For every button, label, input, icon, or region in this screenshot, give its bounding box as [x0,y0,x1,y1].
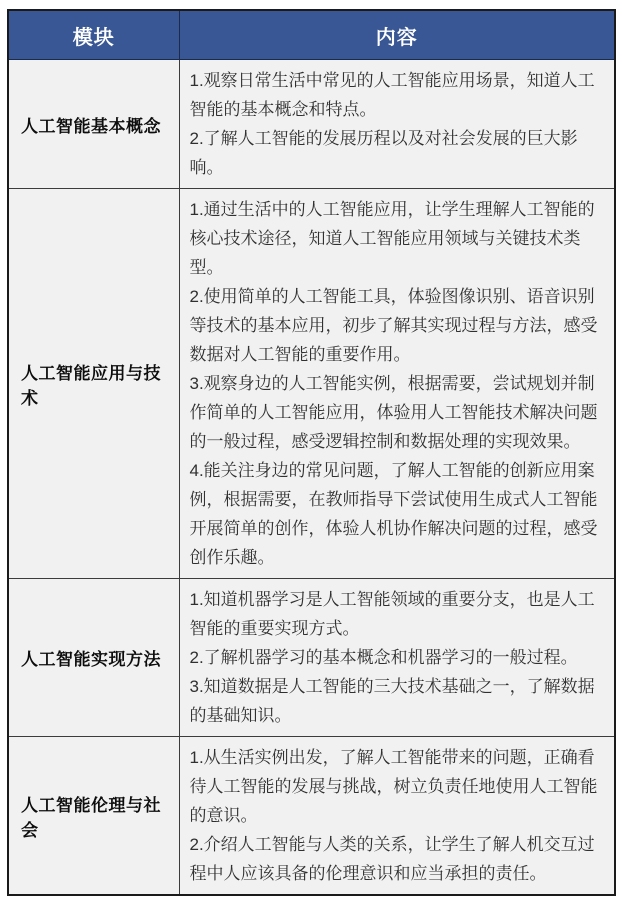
content-item: 1.观察日常生活中常见的人工智能应用场景，知道人工智能的基本概念和特点。 [190,66,610,124]
module-cell: 人工智能基本概念 [8,60,179,189]
table-row-implementation-methods: 人工智能实现方法 1.知道机器学习是人工智能领域的重要分支，也是人工智能的重要实… [8,579,615,737]
document-page: 模块 内容 人工智能基本概念 1.观察日常生活中常见的人工智能应用场景，知道人工… [0,0,622,913]
content-item: 2.了解人工智能的发展历程以及对社会发展的巨大影响。 [190,124,610,182]
content-cell: 1.从生活实例出发，了解人工智能带来的问题，正确看待人工智能的发展与挑战，树立负… [179,737,615,896]
content-item: 2.使用简单的人工智能工具，体验图像识别、语音识别等技术的基本应用，初步了解其实… [190,282,610,369]
module-cell: 人工智能应用与技术 [8,189,179,579]
content-cell: 1.通过生活中的人工智能应用，让学生理解人工智能的核心技术途径，知道人工智能应用… [179,189,615,579]
content-cell: 1.观察日常生活中常见的人工智能应用场景，知道人工智能的基本概念和特点。 2.了… [179,60,615,189]
table-header-row: 模块 内容 [8,10,615,60]
content-item: 2.介绍人工智能与人类的关系，让学生了解人机交互过程中人应该具备的伦理意识和应当… [190,830,610,888]
module-cell: 人工智能实现方法 [8,579,179,737]
content-item: 3.知道数据是人工智能的三大技术基础之一，了解数据的基础知识。 [190,672,610,730]
table-row-basic-concepts: 人工智能基本概念 1.观察日常生活中常见的人工智能应用场景，知道人工智能的基本概… [8,60,615,189]
content-cell: 1.知道机器学习是人工智能领域的重要分支，也是人工智能的重要实现方式。 2.了解… [179,579,615,737]
content-item: 4.能关注身边的常见问题，了解人工智能的创新应用案例，根据需要，在教师指导下尝试… [190,456,610,572]
header-cell-module: 模块 [8,10,179,60]
module-cell: 人工智能伦理与社会 [8,737,179,896]
content-item: 1.从生活实例出发，了解人工智能带来的问题，正确看待人工智能的发展与挑战，树立负… [190,743,610,830]
modules-table: 模块 内容 人工智能基本概念 1.观察日常生活中常见的人工智能应用场景，知道人工… [7,9,616,896]
table-row-ethics-society: 人工智能伦理与社会 1.从生活实例出发，了解人工智能带来的问题，正确看待人工智能… [8,737,615,896]
content-item: 1.通过生活中的人工智能应用，让学生理解人工智能的核心技术途径，知道人工智能应用… [190,195,610,282]
content-item: 1.知道机器学习是人工智能领域的重要分支，也是人工智能的重要实现方式。 [190,585,610,643]
content-item: 2.了解机器学习的基本概念和机器学习的一般过程。 [190,643,610,672]
content-item: 3.观察身边的人工智能实例，根据需要，尝试规划并制作简单的人工智能应用，体验用人… [190,369,610,456]
header-cell-content: 内容 [179,10,615,60]
table-row-applications-technology: 人工智能应用与技术 1.通过生活中的人工智能应用，让学生理解人工智能的核心技术途… [8,189,615,579]
